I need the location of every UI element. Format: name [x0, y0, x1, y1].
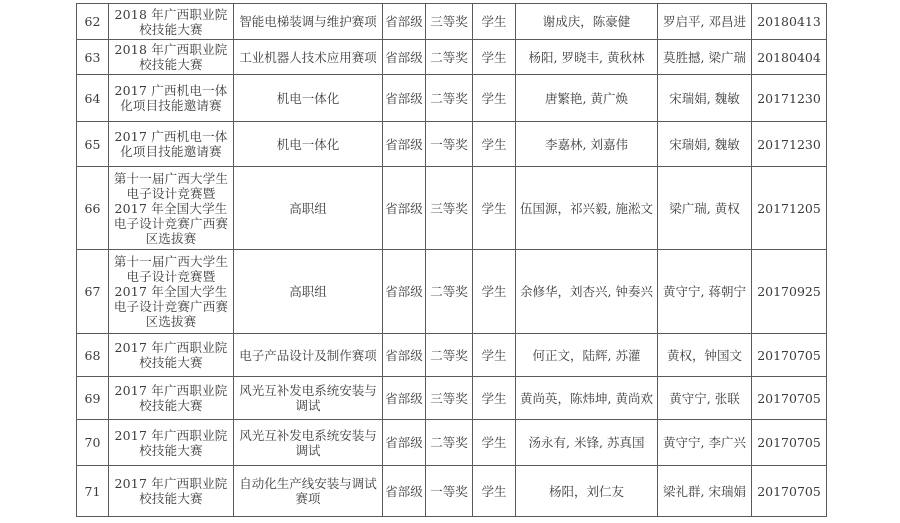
- award-date: 20170705: [752, 466, 827, 517]
- award-level: 省部级: [383, 167, 426, 250]
- row-number: 67: [77, 250, 109, 334]
- student-names: 伍国源，祁兴毅, 施淞文: [516, 167, 658, 250]
- event-name: 智能电梯装调与维护赛项: [234, 4, 383, 40]
- participant-category: 学生: [473, 75, 516, 122]
- table-row: 70 2017 年广西职业院校技能大赛 风光互补发电系统安装与调试 省部级 二等…: [77, 420, 827, 466]
- event-name: 风光互补发电系统安装与调试: [234, 420, 383, 466]
- award-level: 省部级: [383, 420, 426, 466]
- competition-name: 2018 年广西职业院校技能大赛: [109, 4, 234, 40]
- competition-name: 2017 年广西职业院校技能大赛: [109, 377, 234, 420]
- row-number: 63: [77, 40, 109, 75]
- event-name: 高职组: [234, 167, 383, 250]
- table-row: 62 2018 年广西职业院校技能大赛 智能电梯装调与维护赛项 省部级 三等奖 …: [77, 4, 827, 40]
- row-number: 68: [77, 334, 109, 377]
- student-names: 唐繁艳, 黄广焕: [516, 75, 658, 122]
- advisor-names: 宋瑞娟, 魏敏: [658, 122, 752, 167]
- row-number: 66: [77, 167, 109, 250]
- student-names: 汤永有, 米锋, 苏真国: [516, 420, 658, 466]
- event-name: 机电一体化: [234, 122, 383, 167]
- row-number: 64: [77, 75, 109, 122]
- participant-category: 学生: [473, 420, 516, 466]
- award-level: 省部级: [383, 40, 426, 75]
- awards-table: 62 2018 年广西职业院校技能大赛 智能电梯装调与维护赛项 省部级 三等奖 …: [76, 3, 827, 517]
- advisor-names: 梁广瑞, 黄权: [658, 167, 752, 250]
- award-level: 省部级: [383, 4, 426, 40]
- award-grade: 二等奖: [426, 75, 473, 122]
- advisor-names: 莫胜撼, 梁广瑞: [658, 40, 752, 75]
- award-level: 省部级: [383, 334, 426, 377]
- row-number: 65: [77, 122, 109, 167]
- event-name: 工业机器人技术应用赛项: [234, 40, 383, 75]
- advisor-names: 罗启平, 邓昌进: [658, 4, 752, 40]
- award-grade: 三等奖: [426, 4, 473, 40]
- award-level: 省部级: [383, 466, 426, 517]
- table-row: 64 2017 广西机电一体化项目技能邀请赛 机电一体化 省部级 二等奖 学生 …: [77, 75, 827, 122]
- student-names: 李嘉林, 刘嘉伟: [516, 122, 658, 167]
- competition-name: 2017 广西机电一体化项目技能邀请赛: [109, 75, 234, 122]
- award-date: 20180413: [752, 4, 827, 40]
- award-date: 20171230: [752, 122, 827, 167]
- participant-category: 学生: [473, 377, 516, 420]
- participant-category: 学生: [473, 334, 516, 377]
- student-names: 谢成庆，陈豪健: [516, 4, 658, 40]
- advisor-names: 黄权，钟国文: [658, 334, 752, 377]
- student-names: 杨阳，刘仁友: [516, 466, 658, 517]
- event-name: 高职组: [234, 250, 383, 334]
- award-date: 20170705: [752, 377, 827, 420]
- award-date: 20171205: [752, 167, 827, 250]
- participant-category: 学生: [473, 40, 516, 75]
- award-grade: 二等奖: [426, 334, 473, 377]
- event-name: 电子产品设计及制作赛项: [234, 334, 383, 377]
- award-grade: 一等奖: [426, 122, 473, 167]
- advisor-names: 梁礼群, 宋瑞娟: [658, 466, 752, 517]
- advisor-names: 黄守宁, 李广兴: [658, 420, 752, 466]
- award-date: 20171230: [752, 75, 827, 122]
- table-row: 68 2017 年广西职业院校技能大赛 电子产品设计及制作赛项 省部级 二等奖 …: [77, 334, 827, 377]
- event-name: 风光互补发电系统安装与调试: [234, 377, 383, 420]
- advisor-names: 黄守宁, 张联: [658, 377, 752, 420]
- award-grade: 二等奖: [426, 40, 473, 75]
- award-grade: 三等奖: [426, 377, 473, 420]
- competition-name: 2017 年广西职业院校技能大赛: [109, 420, 234, 466]
- award-grade: 三等奖: [426, 167, 473, 250]
- competition-name: 第十一届广西大学生电子设计竞赛暨 2017 年全国大学生电子设计竞赛广西赛区选拔…: [109, 250, 234, 334]
- award-level: 省部级: [383, 377, 426, 420]
- award-date: 20170705: [752, 420, 827, 466]
- competition-name: 2017 广西机电一体化项目技能邀请赛: [109, 122, 234, 167]
- participant-category: 学生: [473, 250, 516, 334]
- table-row: 69 2017 年广西职业院校技能大赛 风光互补发电系统安装与调试 省部级 三等…: [77, 377, 827, 420]
- competition-name: 第十一届广西大学生电子设计竞赛暨 2017 年全国大学生电子设计竞赛广西赛区选拔…: [109, 167, 234, 250]
- table-row: 63 2018 年广西职业院校技能大赛 工业机器人技术应用赛项 省部级 二等奖 …: [77, 40, 827, 75]
- advisor-names: 黄守宁, 蒋朝宁: [658, 250, 752, 334]
- student-names: 黄尚英，陈炜坤, 黄尚欢: [516, 377, 658, 420]
- award-grade: 一等奖: [426, 466, 473, 517]
- award-date: 20180404: [752, 40, 827, 75]
- table-row: 66 第十一届广西大学生电子设计竞赛暨 2017 年全国大学生电子设计竞赛广西赛…: [77, 167, 827, 250]
- row-number: 71: [77, 466, 109, 517]
- advisor-names: 宋瑞娟, 魏敏: [658, 75, 752, 122]
- table-row: 67 第十一届广西大学生电子设计竞赛暨 2017 年全国大学生电子设计竞赛广西赛…: [77, 250, 827, 334]
- award-date: 20170925: [752, 250, 827, 334]
- competition-name: 2017 年广西职业院校技能大赛: [109, 466, 234, 517]
- table-row: 65 2017 广西机电一体化项目技能邀请赛 机电一体化 省部级 一等奖 学生 …: [77, 122, 827, 167]
- award-date: 20170705: [752, 334, 827, 377]
- student-names: 余修华，刘杏兴, 钟奏兴: [516, 250, 658, 334]
- participant-category: 学生: [473, 167, 516, 250]
- award-level: 省部级: [383, 75, 426, 122]
- participant-category: 学生: [473, 466, 516, 517]
- participant-category: 学生: [473, 4, 516, 40]
- award-level: 省部级: [383, 122, 426, 167]
- student-names: 杨阳, 罗晓丰, 黄秋林: [516, 40, 658, 75]
- event-name: 自动化生产线安装与调试赛项: [234, 466, 383, 517]
- row-number: 69: [77, 377, 109, 420]
- award-grade: 二等奖: [426, 420, 473, 466]
- competition-name: 2018 年广西职业院校技能大赛: [109, 40, 234, 75]
- participant-category: 学生: [473, 122, 516, 167]
- award-level: 省部级: [383, 250, 426, 334]
- student-names: 何正文，陆辉, 苏灌: [516, 334, 658, 377]
- event-name: 机电一体化: [234, 75, 383, 122]
- row-number: 70: [77, 420, 109, 466]
- competition-name: 2017 年广西职业院校技能大赛: [109, 334, 234, 377]
- row-number: 62: [77, 4, 109, 40]
- table-row: 71 2017 年广西职业院校技能大赛 自动化生产线安装与调试赛项 省部级 一等…: [77, 466, 827, 517]
- award-grade: 二等奖: [426, 250, 473, 334]
